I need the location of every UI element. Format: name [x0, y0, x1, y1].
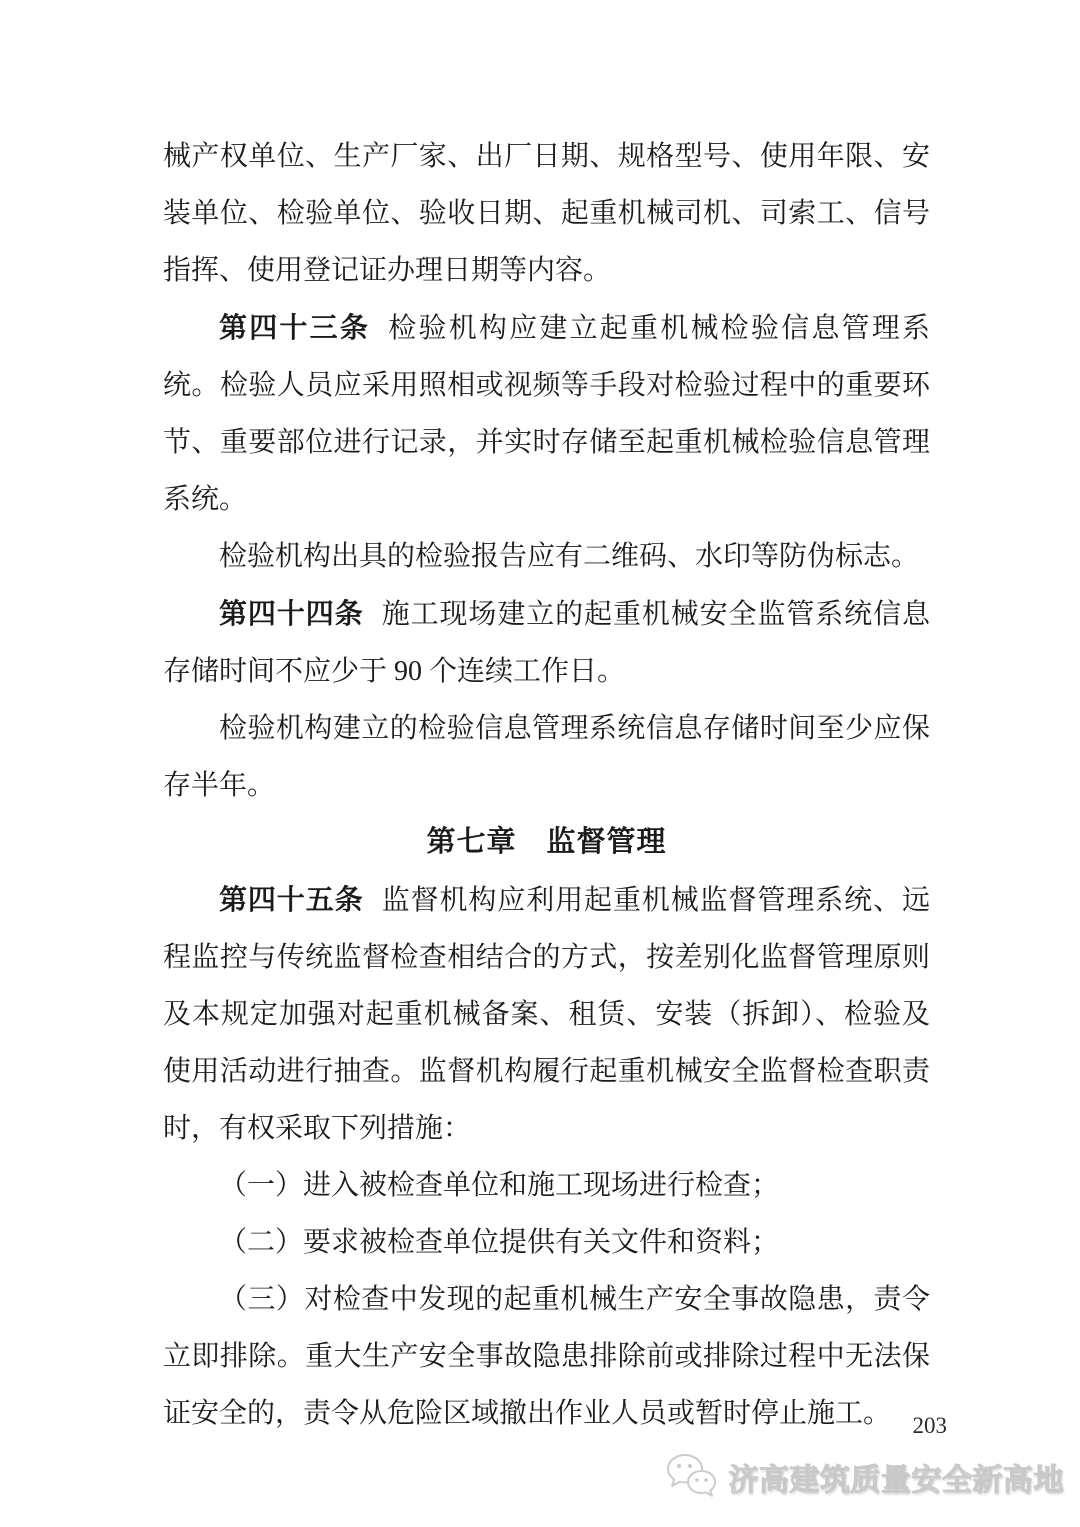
paragraph-text: 检验机构出具的检验报告应有二维码、水印等防伪标志。 — [219, 541, 919, 572]
body-paragraph: （一）进入被检查单位和施工现场进行检查； — [163, 1157, 930, 1214]
paragraph-text: 检验机构应建立起重机械检验信息管理系统。检验人员应采用照相或视频等手段对检验过程… — [163, 313, 930, 515]
article-paragraph: 第四十四条施工现场建立的起重机械安全监管系统信息存储时间不应少于 90 个连续工… — [163, 585, 930, 700]
paragraph-text: 监督机构应利用起重机械监督管理系统、远程监控与传统监督检查相结合的方式，按差别化… — [163, 885, 930, 1144]
paragraph-text: （二）要求被检查单位提供有关文件和资料； — [219, 1227, 779, 1258]
wechat-icon — [663, 1449, 719, 1505]
body-paragraph: （二）要求被检查单位提供有关文件和资料； — [163, 1214, 930, 1271]
article-number: 第四十三条 — [219, 312, 370, 343]
paragraph-text: 械产权单位、生产厂家、出厂日期、规格型号、使用年限、安装单位、检验单位、验收日期… — [163, 141, 930, 286]
article-number: 第四十五条 — [219, 884, 364, 915]
paragraph-text: （三）对检查中发现的起重机械生产安全事故隐患，责令立即排除。重大生产安全事故隐患… — [163, 1284, 930, 1429]
article-number: 第四十四条 — [219, 598, 364, 629]
watermark: 济高建筑质量安全新高地 — [663, 1449, 1065, 1505]
watermark-text: 济高建筑质量安全新高地 — [729, 1455, 1065, 1499]
body-paragraph: 械产权单位、生产厂家、出厂日期、规格型号、使用年限、安装单位、检验单位、验收日期… — [163, 128, 930, 299]
paragraph-text: （一）进入被检查单位和施工现场进行检查； — [219, 1170, 779, 1201]
body-paragraph: 检验机构建立的检验信息管理系统信息存储时间至少应保存半年。 — [163, 700, 930, 814]
chapter-heading: 第七章 监督管理 — [163, 814, 930, 871]
chapter-title-text: 第七章 监督管理 — [426, 826, 666, 858]
page-number: 203 — [0, 1413, 1080, 1439]
paragraph-text: 检验机构建立的检验信息管理系统信息存储时间至少应保存半年。 — [163, 713, 930, 801]
article-paragraph: 第四十五条监督机构应利用起重机械监督管理系统、远程监控与传统监督检查相结合的方式… — [163, 871, 930, 1157]
article-paragraph: 第四十三条检验机构应建立起重机械检验信息管理系统。检验人员应采用照相或视频等手段… — [163, 299, 930, 528]
body-paragraph: 检验机构出具的检验报告应有二维码、水印等防伪标志。 — [163, 528, 930, 585]
document-body: 械产权单位、生产厂家、出厂日期、规格型号、使用年限、安装单位、检验单位、验收日期… — [163, 128, 930, 1442]
